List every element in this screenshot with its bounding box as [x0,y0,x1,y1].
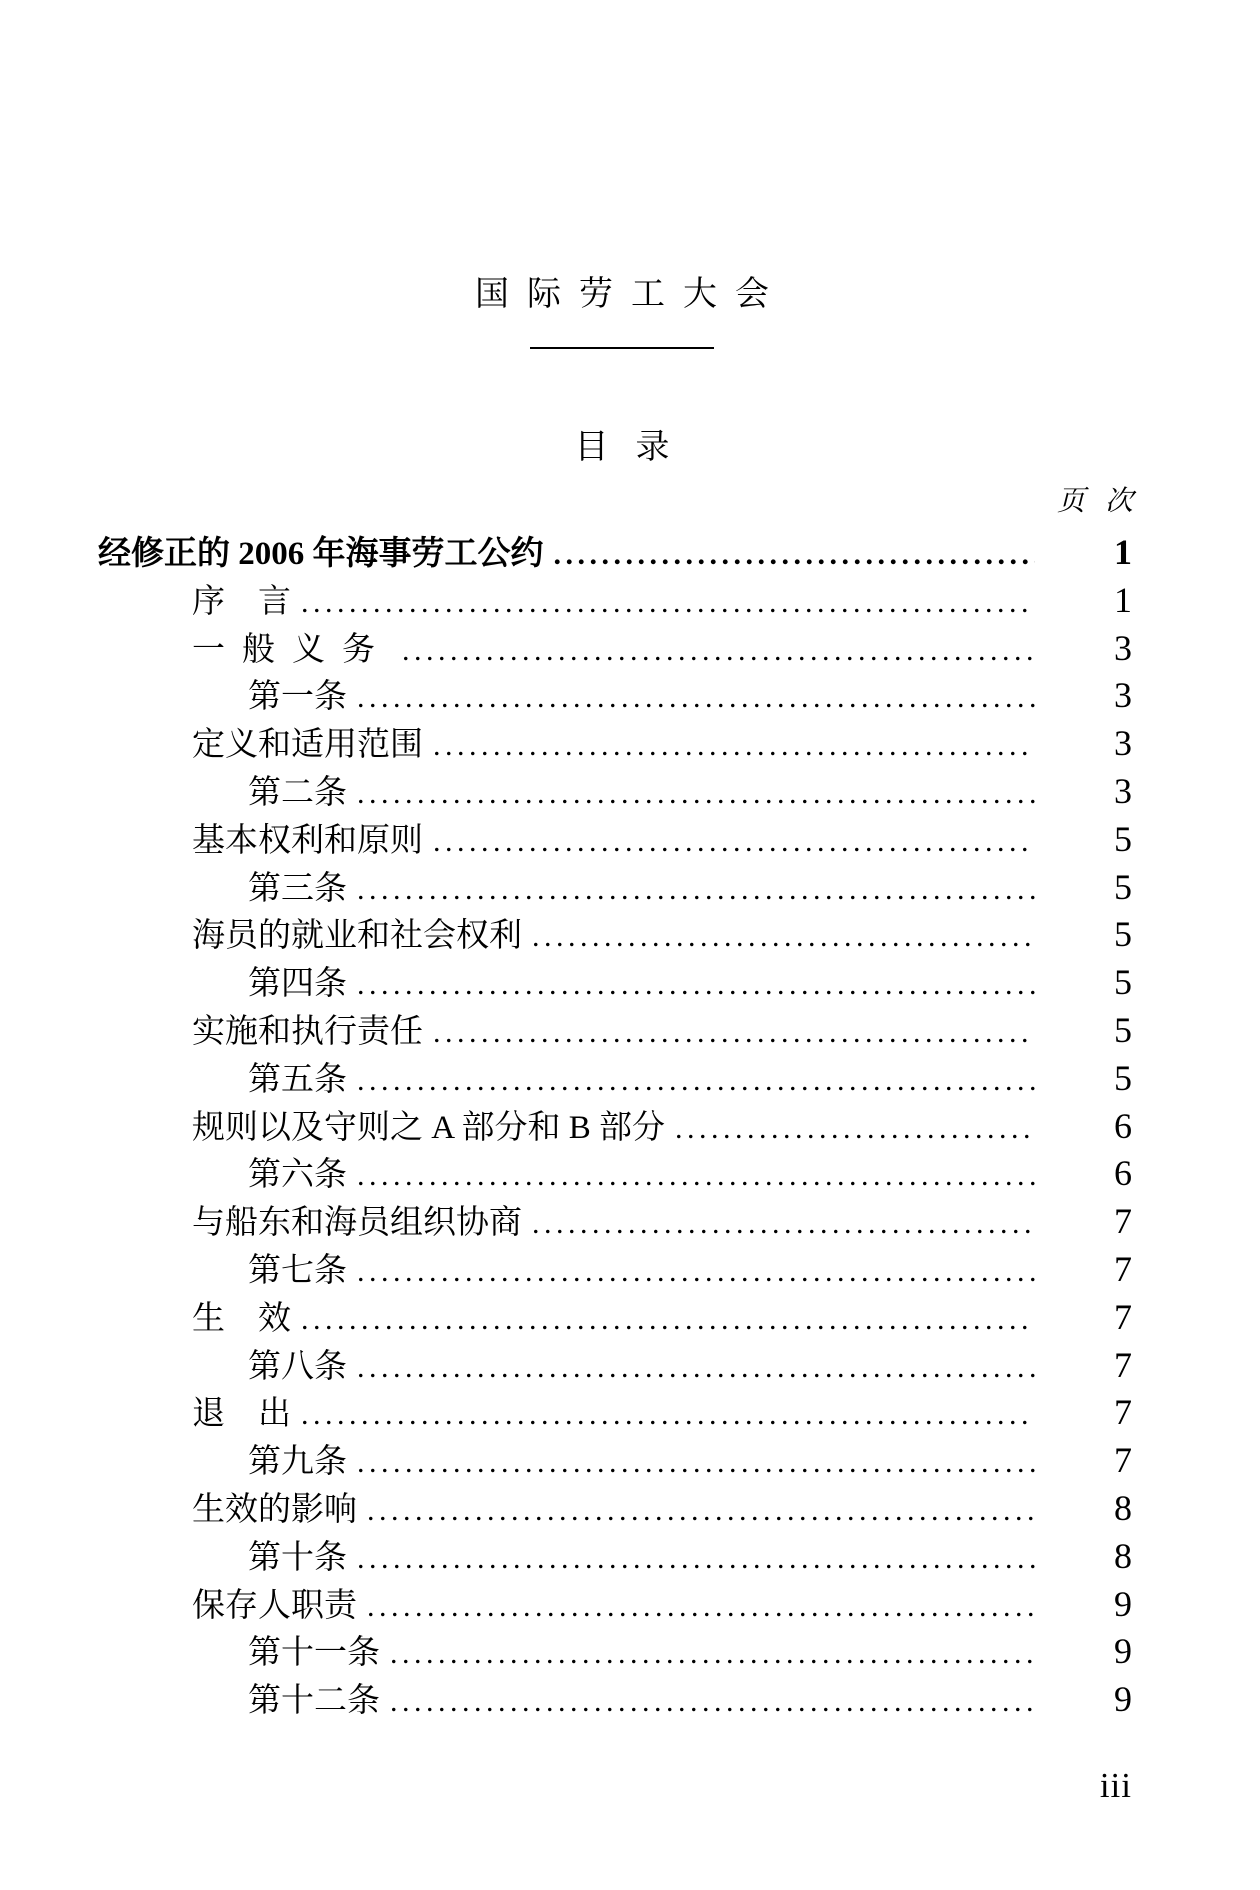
toc-entry-label: 第十一条 [98,1630,380,1678]
toc-page-number: 3 [1035,625,1132,673]
dot-leader [433,1009,1035,1057]
toc-row: 第七条 7 [98,1246,1132,1294]
toc-page-number: 3 [1035,768,1132,816]
dot-leader [357,1535,1035,1583]
toc-page-number: 6 [1035,1150,1132,1198]
toc-entry-label: 定义和适用范围 [98,722,423,770]
toc-entry-label: 生 效 [98,1296,291,1344]
toc-page-number: 7 [1035,1437,1132,1485]
toc-row: 实施和执行责任 5 [98,1007,1132,1055]
toc-row: 基本权利和原则 5 [98,816,1132,864]
toc-page-number: 7 [1035,1198,1132,1246]
toc-row: 第十条 8 [98,1533,1132,1581]
toc-heading: 目录 [0,419,1244,468]
toc-page-number: 3 [1035,720,1132,768]
toc-page-number: 9 [1035,1581,1132,1629]
toc-row: 第八条 7 [98,1342,1132,1390]
toc-row: 生效的影响 8 [98,1485,1132,1533]
toc-entry-label: 基本权利和原则 [98,818,423,866]
toc-entry-label: 第十条 [98,1535,347,1583]
toc-entry-label: 序 言 [98,579,291,627]
toc-entry-label: 第一条 [98,674,347,722]
toc-row: 第五条 5 [98,1055,1132,1103]
toc-row: 海员的就业和社会权利 5 [98,911,1132,959]
toc-entry-label: 实施和执行责任 [98,1009,423,1057]
toc-page-number: 3 [1035,672,1132,720]
dot-leader [532,913,1035,961]
dot-leader [367,1487,1035,1535]
toc-entry-label: 第九条 [98,1439,347,1487]
dot-leader [357,866,1035,914]
toc-entry-label: 经修正的 2006 年海事劳工公约 [98,531,544,579]
dot-leader [357,674,1035,722]
toc-row: 与船东和海员组织协商 7 [98,1198,1132,1246]
toc-row: 序 言 1 [98,577,1132,625]
toc-row: 第十一条 9 [98,1628,1132,1676]
dot-leader [390,1678,1035,1726]
toc-row: 规则以及守则之 A 部分和 B 部分 6 [98,1103,1132,1151]
document-page: 国际劳工大会 目录 页次 经修正的 2006 年海事劳工公约 1 序 言 1 一… [0,0,1260,1890]
toc-row: 生 效 7 [98,1294,1132,1342]
dot-leader [402,627,1035,675]
toc-page-number: 7 [1035,1294,1132,1342]
dot-leader [433,818,1035,866]
toc-page-number: 9 [1035,1676,1132,1724]
toc-row: 第三条 5 [98,864,1132,912]
toc-entry-label: 第十二条 [98,1678,380,1726]
toc-page-number: 1 [1035,577,1132,625]
toc-list: 经修正的 2006 年海事劳工公约 1 序 言 1 一般义务 3 第一条 3 定… [98,529,1132,1724]
toc-entry-label: 退 出 [98,1391,291,1439]
toc-entry-label: 第三条 [98,866,347,914]
dot-leader [532,1200,1035,1248]
dot-leader [357,770,1035,818]
dot-leader [357,1057,1035,1105]
toc-page-number: 8 [1035,1533,1132,1581]
toc-row: 保存人职责 9 [98,1581,1132,1629]
toc-entry-label: 第六条 [98,1152,347,1200]
toc-entry-label: 第七条 [98,1248,347,1296]
toc-row: 第一条 3 [98,672,1132,720]
toc-page-number: 7 [1035,1342,1132,1390]
document-title: 国际劳工大会 [0,266,1244,315]
toc-page-number: 8 [1035,1485,1132,1533]
toc-row: 第十二条 9 [98,1676,1132,1724]
toc-page-number: 5 [1035,1055,1132,1103]
toc-page-number: 5 [1035,1007,1132,1055]
toc-page-number: 1 [1035,529,1132,577]
dot-leader [357,961,1035,1009]
toc-row: 定义和适用范围 3 [98,720,1132,768]
toc-page-number: 5 [1035,864,1132,912]
toc-entry-label: 海员的就业和社会权利 [98,913,522,961]
toc-row: 第六条 6 [98,1150,1132,1198]
toc-entry-label: 生效的影响 [98,1487,357,1535]
dot-leader [301,1391,1035,1439]
dot-leader [357,1439,1035,1487]
toc-page-number: 7 [1035,1246,1132,1294]
dot-leader [554,531,1036,579]
dot-leader [301,579,1035,627]
toc-entry-label: 第八条 [98,1344,347,1392]
toc-row: 一般义务 3 [98,625,1132,673]
toc-page-number: 9 [1035,1628,1132,1676]
toc-row: 经修正的 2006 年海事劳工公约 1 [98,529,1132,577]
dot-leader [390,1630,1035,1678]
title-divider-rule [530,347,714,349]
toc-entry-label: 第二条 [98,770,347,818]
toc-entry-label: 与船东和海员组织协商 [98,1200,522,1248]
toc-entry-label: 规则以及守则之 A 部分和 B 部分 [98,1105,665,1153]
toc-page-number: 5 [1035,959,1132,1007]
page-column-header: 页次 [1057,479,1153,519]
toc-row: 第二条 3 [98,768,1132,816]
dot-leader [357,1248,1035,1296]
toc-entry-label: 一般义务 [98,627,392,675]
toc-entry-label: 第五条 [98,1057,347,1105]
toc-row: 退 出 7 [98,1389,1132,1437]
dot-leader [357,1152,1035,1200]
toc-entry-label: 保存人职责 [98,1583,357,1631]
toc-page-number: 5 [1035,911,1132,959]
toc-page-number: 7 [1035,1389,1132,1437]
toc-row: 第九条 7 [98,1437,1132,1485]
page-footer-number: iii [1100,1766,1132,1806]
toc-row: 第四条 5 [98,959,1132,1007]
dot-leader [357,1344,1035,1392]
dot-leader [301,1296,1035,1344]
toc-page-number: 6 [1035,1103,1132,1151]
dot-leader [433,722,1035,770]
toc-page-number: 5 [1035,816,1132,864]
toc-entry-label: 第四条 [98,961,347,1009]
dot-leader [675,1105,1035,1153]
dot-leader [367,1583,1035,1631]
